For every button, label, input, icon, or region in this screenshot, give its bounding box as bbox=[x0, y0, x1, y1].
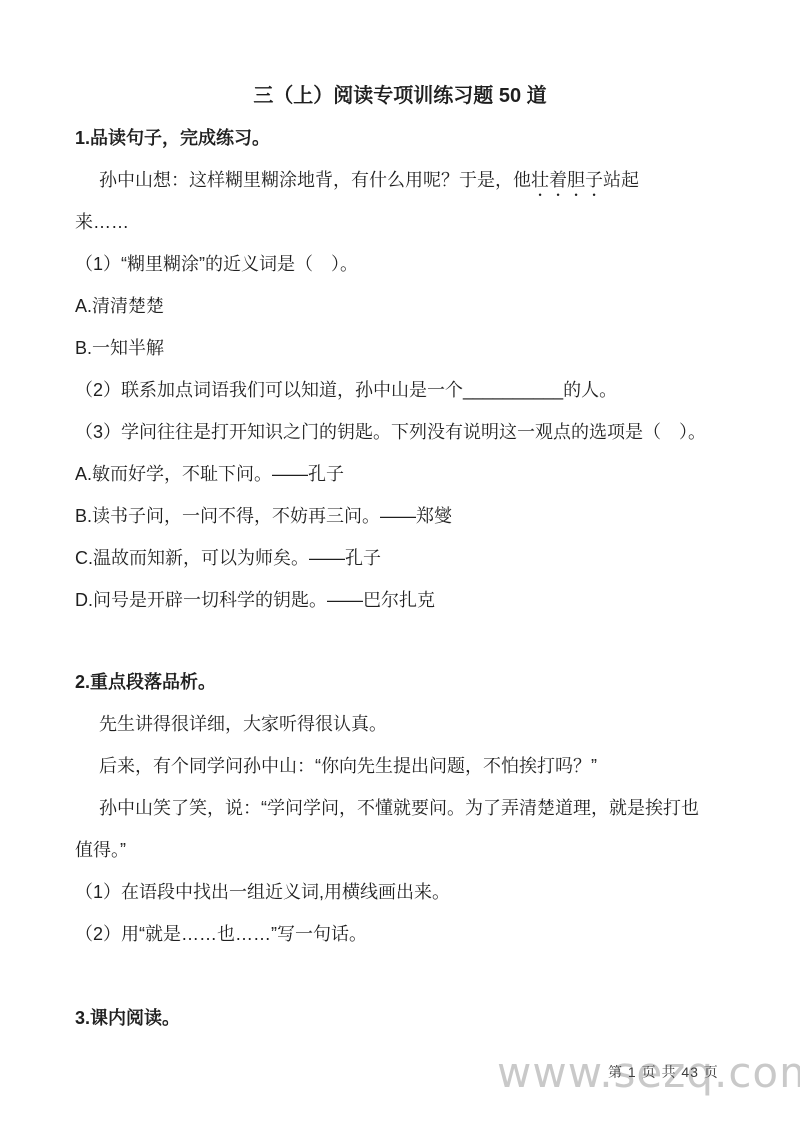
question-1-1: （1）“糊里糊涂”的近义词是（ ）。 bbox=[75, 243, 725, 285]
question-1-3-option-b: B.读书子问，一问不得，不妨再三问。——郑燮 bbox=[75, 495, 725, 537]
emphasized-words: 壮着胆子 bbox=[531, 170, 603, 190]
question-1-1-option-b: B.一知半解 bbox=[75, 327, 725, 369]
passage-text-before: 孙中山想：这样糊里糊涂地背，有什么用呢？于是，他 bbox=[99, 170, 531, 190]
exercise-1-heading: 1.品读句子，完成练习。 bbox=[75, 117, 725, 159]
document-content: 三（上）阅读专项训练习题 50 道 1.品读句子，完成练习。 孙中山想：这样糊里… bbox=[0, 0, 800, 1039]
exercise-3-heading: 3.课内阅读。 bbox=[75, 997, 725, 1039]
question-1-2: （2）联系加点词语我们可以知道，孙中山是一个__________的人。 bbox=[75, 369, 725, 411]
passage-2-line-2: 后来，有个同学问孙中山：“你向先生提出问题，不怕挨打吗？” bbox=[75, 745, 725, 787]
question-1-3-option-a: A.敏而好学，不耻下问。——孔子 bbox=[75, 453, 725, 495]
question-1-1-option-a: A.清清楚楚 bbox=[75, 285, 725, 327]
question-2-2: （2）用“就是……也……”写一句话。 bbox=[75, 913, 725, 955]
document-page: 三（上）阅读专项训练习题 50 道 1.品读句子，完成练习。 孙中山想：这样糊里… bbox=[0, 0, 800, 1131]
passage-text-after: 站起 bbox=[603, 170, 639, 190]
passage-2-line-3: 孙中山笑了笑，说：“学问学问，不懂就要问。为了弄清楚道理，就是挨打也 bbox=[75, 787, 725, 829]
passage-1-line-2: 来…… bbox=[75, 201, 725, 243]
page-title: 三（上）阅读专项训练习题 50 道 bbox=[75, 75, 725, 117]
question-2-1: （1）在语段中找出一组近义词,用横线画出来。 bbox=[75, 871, 725, 913]
passage-1-line-1: 孙中山想：这样糊里糊涂地背，有什么用呢？于是，他壮着胆子站起 bbox=[75, 159, 725, 201]
passage-2-line-1: 先生讲得很详细，大家听得很认真。 bbox=[75, 703, 725, 745]
question-1-3-option-c: C.温故而知新，可以为师矣。——孔子 bbox=[75, 537, 725, 579]
passage-2-line-4: 值得。” bbox=[75, 829, 725, 871]
question-1-3: （3）学问往往是打开知识之门的钥匙。下列没有说明这一观点的选项是（ ）。 bbox=[75, 411, 725, 453]
page-number: 第 1 页 共 43 页 bbox=[608, 1062, 719, 1082]
question-1-3-option-d: D.问号是开辟一切科学的钥匙。——巴尔扎克 bbox=[75, 579, 725, 621]
exercise-2-heading: 2.重点段落品析。 bbox=[75, 661, 725, 703]
